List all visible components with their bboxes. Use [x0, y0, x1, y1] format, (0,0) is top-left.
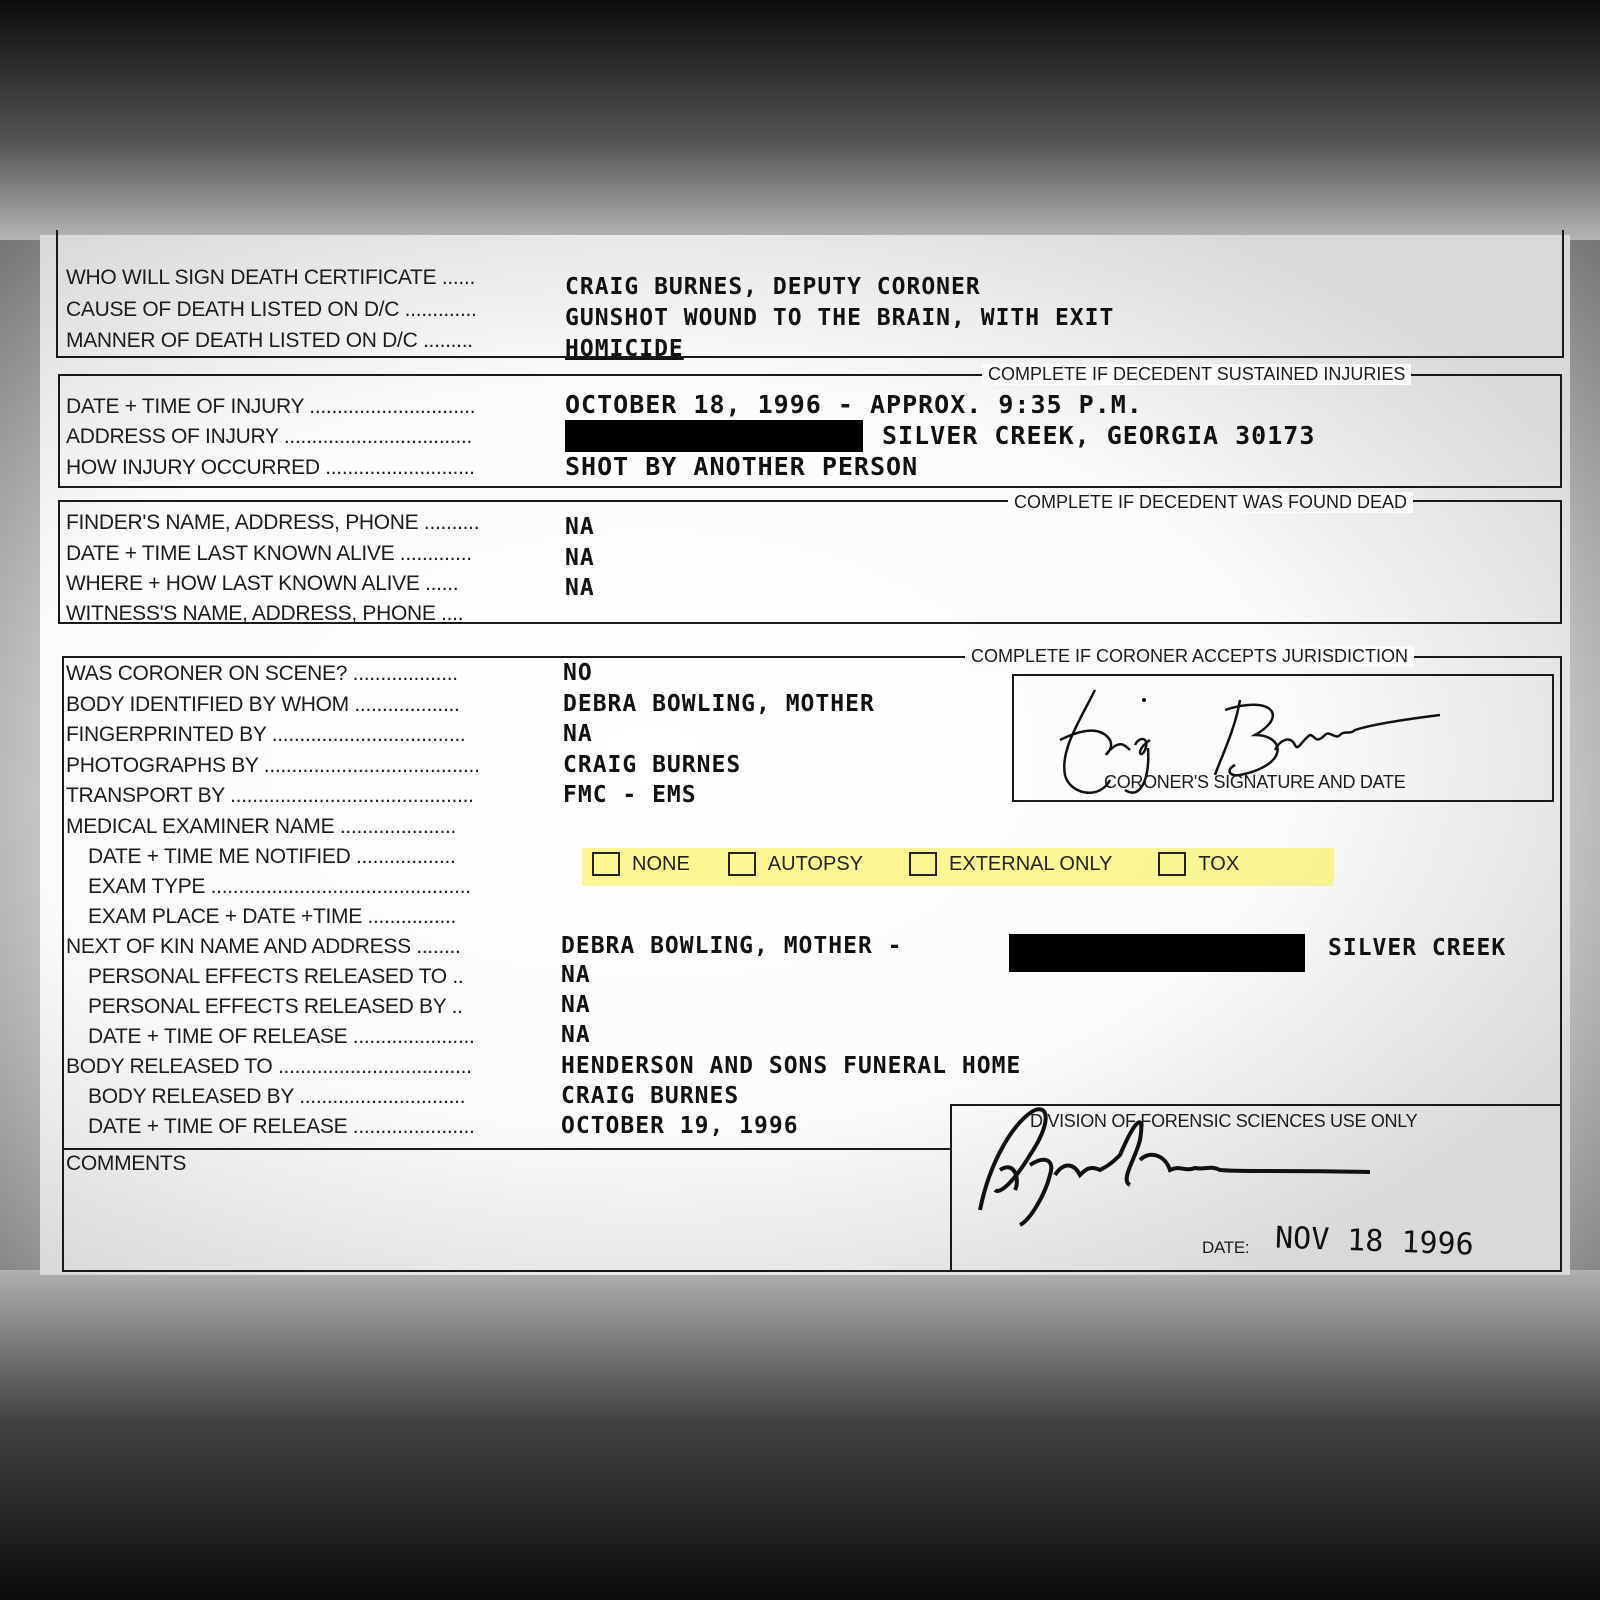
- field-label-body-released-by: BODY RELEASED BY .......................…: [88, 1085, 465, 1109]
- jurisdiction-section-header: COMPLETE IF CORONER ACCEPTS JURISDICTION: [965, 646, 1414, 667]
- comments-divider: [62, 1148, 952, 1150]
- top-vignette: [0, 0, 1600, 240]
- field-value-next-of-kin-city: SILVER CREEK: [1328, 935, 1506, 961]
- field-value-injury-address: SILVER CREEK, GEORGIA 30173: [882, 421, 1315, 450]
- exam-option-none[interactable]: NONE: [592, 852, 690, 876]
- field-label-exam-type: EXAM TYPE ..............................…: [88, 875, 471, 899]
- field-value-photographs-by: CRAIG BURNES: [563, 752, 741, 778]
- field-label-photographs-by: PHOTOGRAPHS BY .........................…: [66, 754, 480, 778]
- injuries-section-header: COMPLETE IF DECEDENT SUSTAINED INJURIES: [982, 364, 1411, 385]
- exam-option-autopsy[interactable]: AUTOPSY: [728, 852, 863, 876]
- exam-type-options: NONE AUTOPSY EXTERNAL ONLY TOX: [592, 852, 1277, 876]
- field-value-fingerprinted-by: NA: [563, 721, 593, 747]
- field-label-effects-released-by: PERSONAL EFFECTS RELEASED BY ..: [88, 995, 463, 1019]
- field-value-last-alive-date: NA: [565, 545, 595, 571]
- field-label-finder: FINDER'S NAME, ADDRESS, PHONE ..........: [66, 511, 479, 535]
- checkbox-autopsy[interactable]: [728, 852, 756, 876]
- checkbox-none[interactable]: [592, 852, 620, 876]
- exam-option-tox[interactable]: TOX: [1158, 852, 1239, 876]
- field-value-finder: NA: [565, 514, 595, 540]
- field-value-manner: HOMICIDE: [565, 336, 684, 362]
- field-value-effects-release-date: NA: [561, 1022, 591, 1048]
- field-label-me-notified: DATE + TIME ME NOTIFIED ................…: [88, 845, 456, 869]
- field-value-cause: GUNSHOT WOUND TO THE BRAIN, WITH EXIT: [565, 305, 1114, 331]
- field-label-injury-date: DATE + TIME OF INJURY ..................…: [66, 395, 475, 419]
- field-value-coroner-on-scene: NO: [563, 660, 593, 686]
- field-value-next-of-kin: DEBRA BOWLING, MOTHER -: [561, 933, 903, 959]
- bottom-vignette: [0, 1270, 1600, 1600]
- exam-option-external-only[interactable]: EXTERNAL ONLY: [909, 852, 1112, 876]
- field-value-how-injury: SHOT BY ANOTHER PERSON: [565, 452, 918, 481]
- coroner-signature-caption: CORONER'S SIGNATURE AND DATE: [1104, 772, 1405, 793]
- field-value-who-signs: CRAIG BURNES, DEPUTY CORONER: [565, 274, 981, 300]
- field-label-body-release-date: DATE + TIME OF RELEASE .................…: [88, 1115, 475, 1139]
- exam-option-label: NONE: [632, 853, 690, 876]
- field-label-cause: CAUSE OF DEATH LISTED ON D/C ...........…: [66, 298, 477, 322]
- field-label-fingerprinted-by: FINGERPRINTED BY .......................…: [66, 723, 465, 747]
- field-value-injury-date: OCTOBER 18, 1996 - APPROX. 9:35 P.M.: [565, 390, 1143, 419]
- redaction-bar: [565, 420, 863, 452]
- field-value-transport-by: FMC - EMS: [563, 782, 697, 808]
- field-label-transport-by: TRANSPORT BY ...........................…: [66, 784, 474, 808]
- field-label-manner: MANNER OF DEATH LISTED ON D/C .........: [66, 329, 473, 353]
- field-label-who-signs: WHO WILL SIGN DEATH CERTIFICATE ......: [66, 266, 475, 290]
- field-label-witness: WITNESS'S NAME, ADDRESS, PHONE ....: [66, 602, 463, 626]
- field-label-injury-address: ADDRESS OF INJURY ......................…: [66, 425, 472, 449]
- comments-field[interactable]: [66, 1180, 936, 1260]
- field-value-body-release-date: OCTOBER 19, 1996: [561, 1113, 799, 1139]
- field-label-effects-release-date: DATE + TIME OF RELEASE .................…: [88, 1025, 475, 1049]
- field-value-identified-by: DEBRA BOWLING, MOTHER: [563, 691, 875, 717]
- found-dead-section-header: COMPLETE IF DECEDENT WAS FOUND DEAD: [1008, 492, 1413, 513]
- exam-option-label: TOX: [1198, 853, 1239, 876]
- forensic-signature: [970, 1100, 1410, 1240]
- field-label-last-alive-date: DATE + TIME LAST KNOWN ALIVE ...........…: [66, 542, 472, 566]
- field-label-identified-by: BODY IDENTIFIED BY WHOM ................…: [66, 693, 460, 717]
- field-label-effects-released-to: PERSONAL EFFECTS RELEASED TO ..: [88, 965, 463, 989]
- field-value-last-alive-where: NA: [565, 575, 595, 601]
- exam-option-label: EXTERNAL ONLY: [949, 853, 1112, 876]
- field-label-exam-place: EXAM PLACE + DATE +TIME ................: [88, 905, 456, 929]
- field-label-next-of-kin: NEXT OF KIN NAME AND ADDRESS ........: [66, 935, 461, 959]
- checkbox-external-only[interactable]: [909, 852, 937, 876]
- field-label-how-injury: HOW INJURY OCCURRED ....................…: [66, 456, 475, 480]
- exam-option-label: AUTOPSY: [768, 853, 863, 876]
- field-value-body-released-by: CRAIG BURNES: [561, 1083, 739, 1109]
- field-label-medical-examiner: MEDICAL EXAMINER NAME ..................…: [66, 815, 456, 839]
- redaction-bar: [1009, 934, 1305, 972]
- field-label-last-alive-where: WHERE + HOW LAST KNOWN ALIVE ......: [66, 572, 458, 596]
- field-label-coroner-on-scene: WAS CORONER ON SCENE? ..................…: [66, 662, 458, 686]
- field-label-body-released-to: BODY RELEASED TO .......................…: [66, 1055, 472, 1079]
- forensic-date-label: DATE:: [1202, 1238, 1249, 1258]
- forensic-date-stamp: NOV 18 1996: [1274, 1221, 1474, 1263]
- comments-label: COMMENTS: [66, 1152, 186, 1176]
- field-value-body-released-to: HENDERSON AND SONS FUNERAL HOME: [561, 1053, 1021, 1079]
- checkbox-tox[interactable]: [1158, 852, 1186, 876]
- field-value-effects-released-by: NA: [561, 992, 591, 1018]
- field-value-effects-released-to: NA: [561, 962, 591, 988]
